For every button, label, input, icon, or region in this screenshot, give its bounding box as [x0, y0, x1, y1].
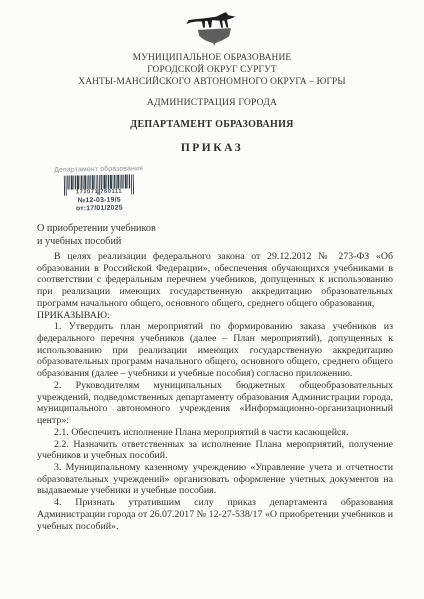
org-line-1: МУНИЦИПАЛЬНОЕ ОБРАЗОВАНИЕ [0, 52, 424, 64]
document-type-title: ПРИКАЗ [0, 141, 424, 155]
stamp-registration-date: от:17/01/2025 [46, 204, 152, 214]
department-title: ДЕПАРТАМЕНТ ОБРАЗОВАНИЯ [0, 119, 424, 131]
document-page: МУНИЦИПАЛЬНОЕ ОБРАЗОВАНИЕ ГОРОДСКОЙ ОКРУ… [0, 0, 424, 599]
order-item-1: 1. Утвердить план мероприятий по формиро… [37, 321, 393, 380]
subject-line-2: и учебных пособий [37, 236, 424, 249]
resolution-word: ПРИКАЗЫВАЮ: [37, 310, 393, 322]
order-item-3: 3. Муниципальному казенному учреждению «… [37, 462, 393, 497]
org-name-block: МУНИЦИПАЛЬНОЕ ОБРАЗОВАНИЕ ГОРОДСКОЙ ОКРУ… [0, 52, 424, 88]
barcode-digits: 172071 760111 [64, 188, 134, 195]
document-body: В целях реализации федерального закона о… [37, 251, 393, 532]
order-item-4: 4. Признать утратившим силу приказ депар… [37, 497, 393, 532]
preamble-paragraph: В целях реализации федерального закона о… [37, 251, 393, 310]
org-line-3: ХАНТЫ-МАНСИЙСКОГО АВТОНОМНОГО ОКРУГА – Ю… [0, 76, 424, 88]
stamp-department-label: Департамент образования [46, 165, 152, 175]
coat-of-arms [0, 0, 424, 48]
document-subject: О приобретении учебников и учебных пособ… [37, 223, 424, 248]
order-item-2-1: 2.1. Обеспечить исполнение Плана меропри… [37, 427, 393, 439]
org-line-2: ГОРОДСКОЙ ОКРУГ СУРГУТ [0, 64, 424, 76]
order-item-2-2: 2.2. Назначить ответственных за исполнен… [37, 439, 393, 462]
registration-stamp: Департамент образования [46, 165, 153, 214]
administration-title: АДМИНИСТРАЦИЯ ГОРОДА [0, 97, 424, 109]
barcode: 172071 760111 [64, 174, 134, 197]
surgut-fox-emblem-icon [185, 10, 239, 48]
order-item-2: 2. Руководителям муниципальных бюджетных… [37, 380, 393, 427]
subject-line-1: О приобретении учебников [37, 223, 424, 236]
